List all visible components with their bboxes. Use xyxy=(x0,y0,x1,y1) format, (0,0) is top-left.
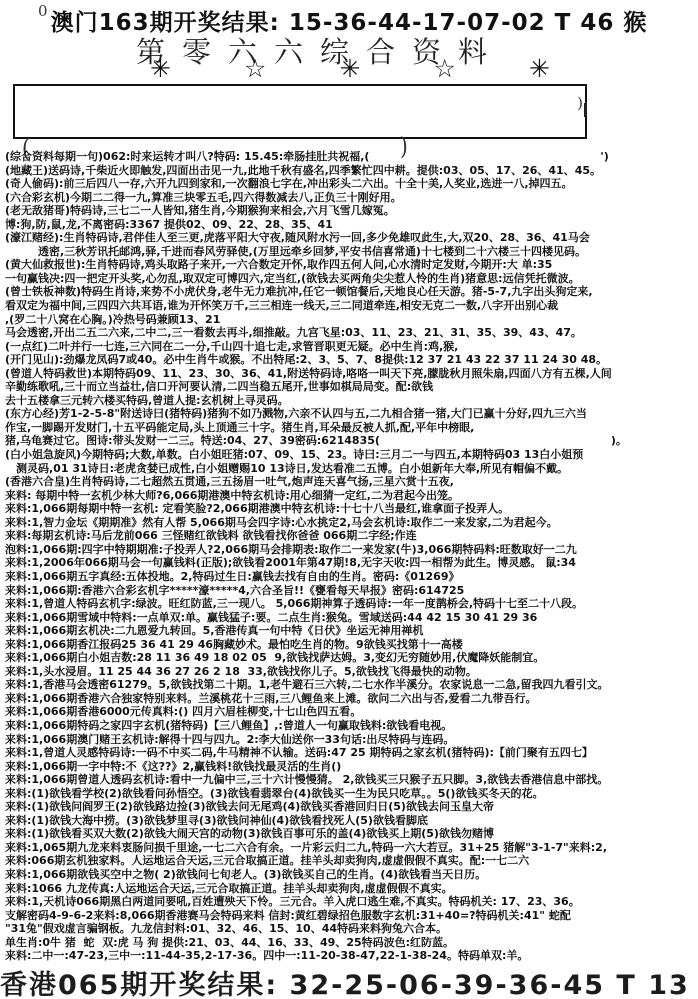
text-line: (白小姐急旋风)今期特码;大数,单数。白小姐旺猪:07、09、15、23。诗曰:… xyxy=(5,448,697,462)
text-line: 来料: 每期中特一玄机少林大师?6,066期港澳中特玄机诗:用心细猜一定红,二为… xyxy=(5,489,697,503)
text-line: 来料:1,066期曾道人透码玄机诗:看中一九偏中三,三十六计慢慢猜。 2,欲钱买… xyxy=(5,773,697,787)
text-line: 辛勤练歌吼,三十而立当益壮,信口开河要认清,二四当稳五尾开,世事如棋局局变。配:… xyxy=(5,380,697,394)
box-paren-mark: ) xyxy=(577,94,583,112)
text-line: 单生肖:0牛 猪 蛇 双:虎 马 狗 提供:21、03、44、16、33、49、… xyxy=(5,936,697,950)
text-line: 来料:1,2006年066期马会一句赢钱料(正版);欲钱看2001年第47期!8… xyxy=(5,556,697,570)
text-line: 来料:(1)欲钱问阎罗王(2)欲钱路边捡(3)欲钱去问无尾鸡(4)欲钱买香港回归… xyxy=(5,800,697,814)
text-line: "31兔"假戏虚言骗钢板。九龙信封料:01、32、46、15、10、44特码来料… xyxy=(5,922,697,936)
text-line: 来料:1,066期玄机决:二九恩爱九转回。5,香港传真一句中特《日伏》坐运无神用… xyxy=(5,624,697,638)
text-line: (东方心经)芳1-2-5-8"附送诗曰(猪特码)猪狗不如乃溅物,六亲不认四与五,… xyxy=(5,407,697,421)
text-line: (黄大仙救报世):生肖特码诗,鸡头取路子来开,一六合数定开怀,取作四五何人问,心… xyxy=(5,258,697,272)
text-line: 来料:1,头水浸眉。11 25 44 36 27 26 2 18 33,欲钱找你… xyxy=(5,665,697,679)
hongkong-result-footer: 香港065期开奖结果: 32-25-06-39-36-45 T 13 蛇. xyxy=(0,963,698,999)
text-line: 马会透密,开出二五二六来,二中二,三一看数去再斗,细推敲。九宫飞星:03、11、… xyxy=(5,326,697,340)
text-line: 博:狗,防,鼠,龙,不离密码:3367 提供02、09、22、28、35、41 xyxy=(5,218,697,232)
text-line: (老无敌猪哥)特码诗,三七二一人皆知,猪生肖,今期猴狗来相会,六月飞雪几嫁冤。 xyxy=(5,204,697,218)
text-line: 来料:1,066期一字中特:不《这??》2,赢钱料!欲钱找最灵活的生肖() xyxy=(5,760,697,774)
text-line: 透密,三秋芳讯托邮鸿,驿,千进而春风劳驿使,(万里远牵乡回梦,平安书信喜常通)十… xyxy=(5,245,697,259)
box-edge-tick xyxy=(584,103,587,117)
text-line: 来料:1,066期欲钱买空中之物( 2)欲钱问七旬老人。(3)欲钱买自己的生肖。… xyxy=(5,868,697,882)
text-line: 来料:1,智力金坛《期期准》然有人帮 5,066期马会四字诗:心水挑定2,马会玄… xyxy=(5,516,697,530)
text-line: 来料:1,066期澳门赌王玄机诗:解得十四与四九。2:李大仙送你一33句话:出尽… xyxy=(5,733,697,747)
star-decoration-row: ✳☆✳☆✳ xyxy=(150,56,550,82)
text-line: (濠江赌经):生肖特码诗,君伴佳人至三更,虎落平阳大守夜,随风附水污一回,多少免… xyxy=(5,231,697,245)
text-line: 来料:1,066期:香港六合彩玄机字*****濠*****4,六合圣旨!!《甕看… xyxy=(5,584,697,598)
text-line: 来料:(1)欲钱大海中捞。(3)欲钱梦里寻(3)欲钱问神仙(4)欲钱看找死人(5… xyxy=(5,814,697,828)
text-line: (奇人偷码):前三后四八一存,六开九四到家和,一次翻浪七字在,冲出彩头二六出。十… xyxy=(5,177,697,191)
text-line: 来料:1,天机诗066期黑白两道同要吼,百姓遭殃天下怜。三元合。羊入虎口逃生难,… xyxy=(5,895,697,909)
text-line: 来料:1,066期每期中特一玄机: 定看笑脸?2,066期港澳中特玄机诗:十七十… xyxy=(5,502,697,516)
text-line: (曾道人特码救世)本期特码09、11、23、30、36、41,附送特码诗,咯咯一… xyxy=(5,367,697,381)
text-line: ,(罗二十八窝在心胸。)冷热号码兼顾13、21 xyxy=(5,313,697,327)
text-line: 来料:(1)欲钱看学校(2)欲钱看问孙悟空。(3)欲钱看翡翠台(4)欲钱买一生为… xyxy=(5,787,697,801)
text-line: 测灵码,01 31诗日:老虎贪婪已成性,白小姐赠赐10 13诗日,发达看准二五博… xyxy=(5,462,697,476)
text-line: (地藏王)送码诗,千柴近火即触发,四面出击见一九,此地千秋有盛名,四季繁忙四中耕… xyxy=(5,164,697,178)
text-line: 猪,乌龟赛过它。图诗:带头发财一二三。特送:04、27、39密码:6214835… xyxy=(5,434,697,448)
text-line: 来料:1,曾道人特码玄机字:绿波。旺红防蓝,三一现八。 5,066期神算子透码诗… xyxy=(5,597,697,611)
text-line: 来料:二中一:47-23,三中一:11-44-35,2-17-36。四中一:11… xyxy=(5,949,697,963)
text-line: 来料:每期玄机诗:马后龙前066 三怪赌红欲钱料 欲钱看找你爸爸 066期二字经… xyxy=(5,529,697,543)
text-line: 来料:1,066期香港六合独家特别来料。兰溪桃花十三雨,三八鲤鱼来上滩。欲问二六… xyxy=(5,692,697,706)
text-line: 来料:1,065期九龙来料衷肠问损千里途,一七二六合有余。一片彩云归二九,特码一… xyxy=(5,841,697,855)
text-line: 来料:1,066期白小姐吉数:28 11 36 49 18 02 05 9,欲钱… xyxy=(5,651,697,665)
lottery-info-sheet: 0 澳门163期开奖结果: 15-36-44-17-07-02 T 46 猴 第… xyxy=(0,0,698,999)
text-line: 去十五楼拿三元转六楼买特码,曾道人提:玄机树上寻灵码。 xyxy=(5,394,697,408)
text-line: 来料:1,曾道人灵感特码诗:一码不中买二码,牛马精神不认输。送码:47 25 期… xyxy=(5,746,697,760)
text-line: (曾士铁板神数)特码生肖诗,来势不小虎伏身,老牛无力难抗冲,任它一顿馆餐后,天地… xyxy=(5,285,697,299)
text-line: 来料:1,066期香江报码25 36 41 29 46胸藏妙术。最怕吃生肖的物。… xyxy=(5,638,697,652)
text-line: 来料:066期玄机独家料。人运地运合天运,三元合取搞正道。挂羊头却卖狗肉,虚虚假… xyxy=(5,854,697,868)
text-line: (六合彩玄机)今期二二得一九,算准三块零五毛,四六得数减去八,正负三十刚好用。 xyxy=(5,191,697,205)
asterisk-star-icon: ✳ xyxy=(529,56,550,82)
body-lines: (综合资料每期一句)062:时来运转才叫八?特码: 15.45:牵肠挂肚共祝福,… xyxy=(5,150,697,963)
text-line: 支解密码4-9-6-2来料:8,066期香港赛马会特码来料 信封:黄红碧绿招色服… xyxy=(5,909,697,923)
text-line: 泡料:1,066期:四字中特期期准:子投弄人?2,066期马会排期表:取作二一来… xyxy=(5,543,697,557)
text-line: 来料:1066 九龙传真:人运地运合天运,三元合取搞正道。挂羊头却卖狗肉,虚虚假… xyxy=(5,882,697,896)
empty-notice-box: ) xyxy=(13,84,587,139)
text-line: 来料:1,066期特码之家四字玄机(猪特码)【三八鲤鱼】,:曾道人一句赢取钱料:… xyxy=(5,719,697,733)
text-line: 看双定为福中间,三四四六共耳语,谁为开怀笑万千,三三相连一线天,三二同道牵连,相… xyxy=(5,299,697,313)
asterisk-star-icon: ✳ xyxy=(150,56,171,82)
text-line: 作宝,一脚踢开发财门,十五平码能定局,头上顶通三十字。猪生肖,耳朵最反被人抓,配… xyxy=(5,421,697,435)
text-line: (综合资料每期一句)062:时来运转才叫八?特码: 15.45:牵肠挂肚共祝福,… xyxy=(5,150,697,164)
text-line: (香港六合皇)生肖特码诗,二七超然五贯通,三五扬眉一吐气,炮声连天喜气扬,三星六… xyxy=(5,475,697,489)
white-star-icon: ☆ xyxy=(244,56,266,82)
text-line: 来料:1,066期五字真经:五体投地。2,特码过生日:赢钱去找有自由的生肖。密码… xyxy=(5,570,697,584)
white-star-icon: ☆ xyxy=(434,56,456,82)
text-line: 来料:(1)欲钱看买双大数(2)欲钱大闹天宫的动物(3)欲钱百事可乐的盖(4)欲… xyxy=(5,827,697,841)
text-line: (开门见山):劲爆龙凤码7或40。必中生肖牛或猴。不出特尾:2、3、5、7、8提… xyxy=(5,353,697,367)
text-line: 来料:1,066期香港6000元传真料:() 四月六眉桂柳变,十七山色四五看。 xyxy=(5,705,697,719)
text-line: 一句赢钱决:四一把定开头奖,心勿乱,取双定可博四六,定当红,(欲钱去买两角尖尖惹… xyxy=(5,272,697,286)
asterisk-star-icon: ✳ xyxy=(340,56,361,82)
text-line: 来料:1,香港马会透密61279。5,欲钱找第二十期。1,老牛避石三六转,二七水… xyxy=(5,678,697,692)
text-line: (一点红)二叶并行一七连,三六同在二一分,千山四十追七走,求管晋职更无疑。必中生… xyxy=(5,340,697,354)
text-line: 来料:1,066期雪域中特料:一点单双:单。赢钱猛子:要。二点生肖:猴兔。雪域送… xyxy=(5,611,697,625)
